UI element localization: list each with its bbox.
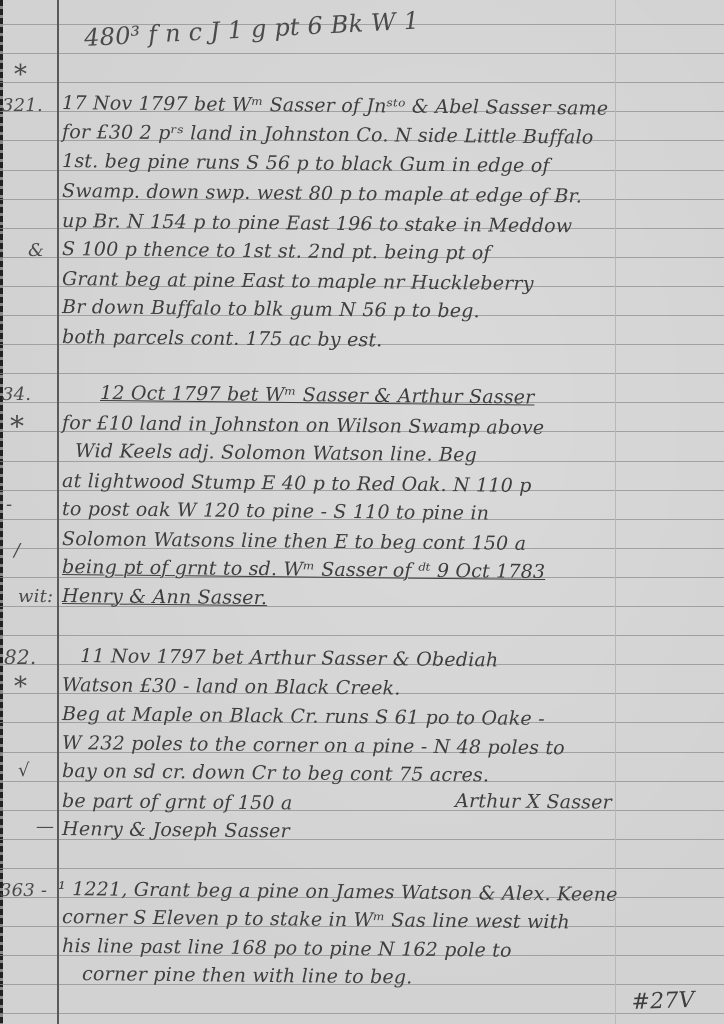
entry-number: 82. <box>4 645 36 669</box>
entry-3-line-5: bay on sd cr. down Cr to beg cont 75 acr… <box>62 760 489 786</box>
entry-number: 321. <box>2 95 43 116</box>
signature-mark: Arthur X Sasser <box>455 790 612 814</box>
entry-1-line-1: 17 Nov 1797 bet Wᵐ Sasser of Jnˢᵗᵒ & Abe… <box>62 92 608 120</box>
page-number: #27V <box>631 988 695 1015</box>
entry-1-line-6: S 100 p thence to 1st st. 2nd pt. being … <box>62 238 491 264</box>
dash-mark: — <box>36 816 54 837</box>
dash-mark: - <box>6 494 12 515</box>
page-binding-edge <box>0 0 3 1024</box>
entry-1-line-4: Swamp. down swp. west 80 p to maple at e… <box>62 180 582 207</box>
entry-1-line-9: both parcels cont. 175 ac by est. <box>62 326 383 351</box>
left-margin-line <box>57 0 59 1024</box>
asterisk-mark: * <box>14 672 27 702</box>
asterisk-mark: * <box>10 410 24 443</box>
right-margin-line <box>615 0 616 1024</box>
entry-1-line-2: for £30 2 pʳˢ land in Johnston Co. N sid… <box>62 121 594 149</box>
page-heading: 480³ f n c J 1 g pt 6 Bk W 1 <box>84 6 420 52</box>
entry-3-line-1: 11 Nov 1797 bet Arthur Sasser & Obediah <box>80 645 499 671</box>
entry-2-witnesses: Henry & Ann Sasser. <box>62 585 267 609</box>
entry-3-line-4: W 232 poles to the corner on a pine - N … <box>62 732 565 759</box>
ledger-page: 480³ f n c J 1 g pt 6 Bk W 1 * 321. 17 N… <box>0 0 724 1024</box>
entry-2-line-6: Solomon Watsons line then E to beg cont … <box>62 528 526 555</box>
entry-2-line-4: at lightwood Stump E 40 p to Red Oak. N … <box>62 470 532 497</box>
entry-number: 363 - <box>0 880 47 901</box>
entry-number: 34. <box>2 384 31 405</box>
entry-2-line-3: Wid Keels adj. Solomon Watson line. Beg <box>75 440 477 466</box>
entry-4-line-1: ¹ 1221, Grant beg a pine on James Watson… <box>58 878 618 906</box>
entry-4-line-4: corner pine then with line to beg. <box>82 963 413 988</box>
entry-3-witnesses: Henry & Joseph Sasser <box>62 818 290 842</box>
slash-mark: / <box>14 540 20 561</box>
witness-label: wit: <box>18 586 53 607</box>
asterisk-mark: * <box>14 60 27 90</box>
entry-1-line-8: Br down Buffalo to blk gum N 56 p to beg… <box>62 296 480 322</box>
entry-1-line-3: 1st. beg pine runs S 56 p to black Gum i… <box>62 150 550 177</box>
entry-1-line-5: up Br. N 154 p to pine East 196 to stake… <box>62 210 572 237</box>
entry-2-line-7: being pt of grnt to sd. Wᵐ Sasser of ᵈᵗ … <box>62 556 545 583</box>
entry-2-line-2: for £10 land in Johnston on Wilson Swamp… <box>62 412 544 439</box>
entry-3-line-2: Watson £30 - land on Black Creek. <box>62 674 401 700</box>
check-mark: √ <box>18 760 30 781</box>
entry-3-line-3: Beg at Maple on Black Cr. runs S 61 po t… <box>62 703 545 730</box>
ampersand-mark: & <box>28 240 44 261</box>
entry-3-line-6: be part of grnt of 150 a <box>62 790 293 814</box>
entry-2-line-5: to post oak W 120 to pine - S 110 to pin… <box>62 498 489 524</box>
entry-2-line-1: 12 Oct 1797 bet Wᵐ Sasser & Arthur Sasse… <box>100 382 535 409</box>
entry-4-line-3: his line past line 168 po to pine N 162 … <box>62 935 512 962</box>
entry-1-line-7: Grant beg at pine East to maple nr Huckl… <box>62 268 534 295</box>
entry-4-line-2: corner S Eleven p to stake in Wᵐ Sas lin… <box>62 906 570 933</box>
